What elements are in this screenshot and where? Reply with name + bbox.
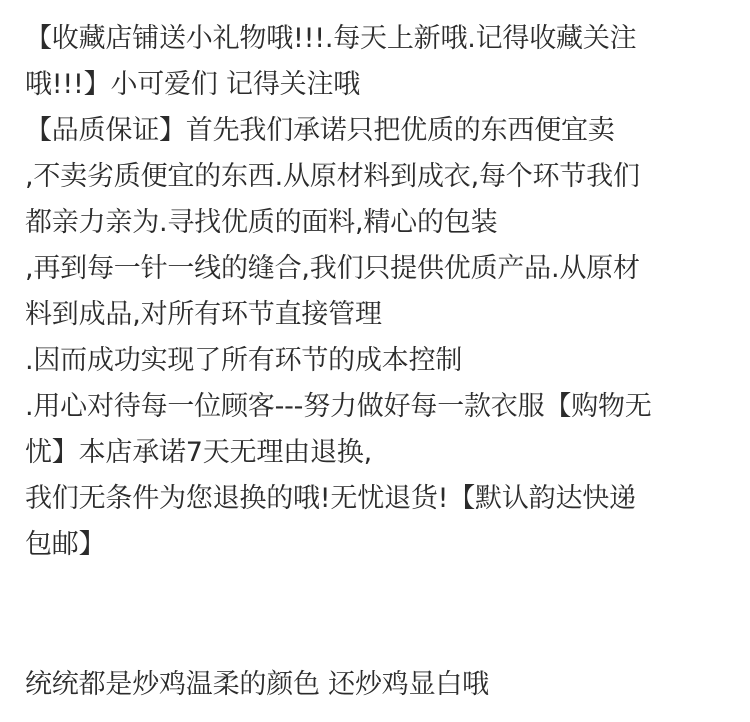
description-line: 包邮】 [25, 522, 740, 568]
color-note: 统统都是炒鸡温柔的颜色 还炒鸡显白哦 [25, 662, 489, 708]
description-line: .因而成功实现了所有环节的成本控制 [25, 338, 740, 384]
description-line: 我们无条件为您退换的哦!无忧退货!【默认韵达快递 [25, 476, 740, 522]
description-line: .用心对待每一位顾客---努力做好每一款衣服【购物无 [25, 384, 740, 430]
description-line: 料到成品,对所有环节直接管理 [25, 292, 740, 338]
description-line: 忧】本店承诺7天无理由退换, [25, 430, 740, 476]
description-line: ,再到每一针一线的缝合,我们只提供优质产品.从原材 [25, 246, 740, 292]
description-line: 【品质保证】首先我们承诺只把优质的东西便宜卖 [25, 108, 740, 154]
store-description: 【收藏店铺送小礼物哦!!!.每天上新哦.记得收藏关注 哦!!!】小可爱们 记得关… [25, 16, 740, 568]
description-line: ,不卖劣质便宜的东西.从原材料到成衣,每个环节我们 [25, 154, 740, 200]
description-line: 【收藏店铺送小礼物哦!!!.每天上新哦.记得收藏关注 [25, 16, 740, 62]
description-line: 都亲力亲为.寻找优质的面料,精心的包装 [25, 200, 740, 246]
description-line: 哦!!!】小可爱们 记得关注哦 [25, 62, 740, 108]
